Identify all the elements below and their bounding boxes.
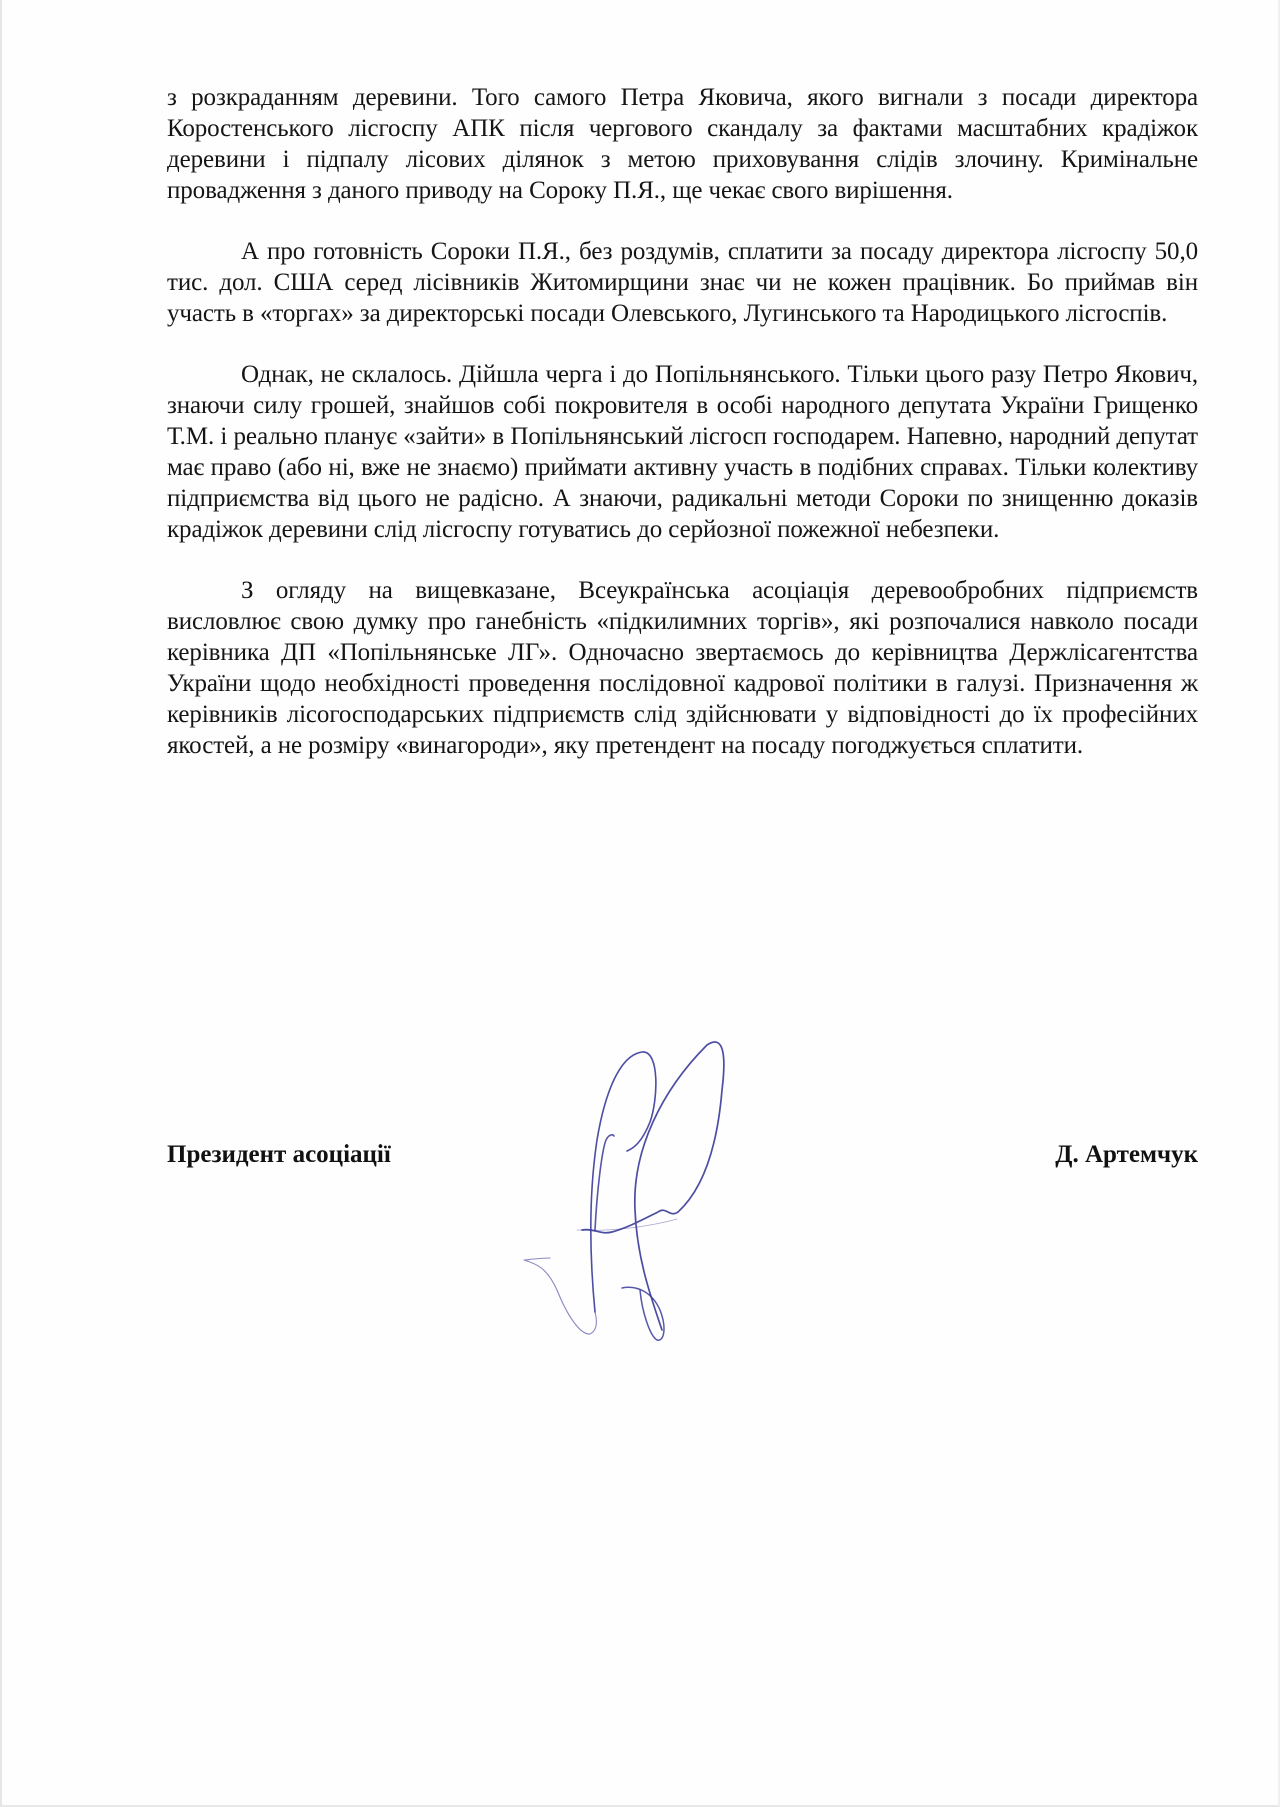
paragraph-2: А про готовність Сороки П.Я., без роздум… [167, 236, 1198, 329]
signature-block: Президент асоціації Д. Артемчук [167, 1139, 1198, 1175]
letter-body: з розкраданням деревини. Того самого Пет… [167, 82, 1198, 791]
paragraph-3: Однак, не склалось. Дійшла черга і до По… [167, 359, 1198, 545]
paragraph-4: З огляду на вищевказане, Всеукраїнська а… [167, 575, 1198, 761]
handwritten-signature-icon [502, 1030, 762, 1350]
signatory-role: Президент асоціації [167, 1139, 391, 1171]
signatory-name: Д. Артемчук [1055, 1139, 1198, 1171]
document-page: з розкраданням деревини. Того самого Пет… [0, 0, 1280, 1807]
paragraph-1: з розкраданням деревини. Того самого Пет… [167, 82, 1198, 206]
